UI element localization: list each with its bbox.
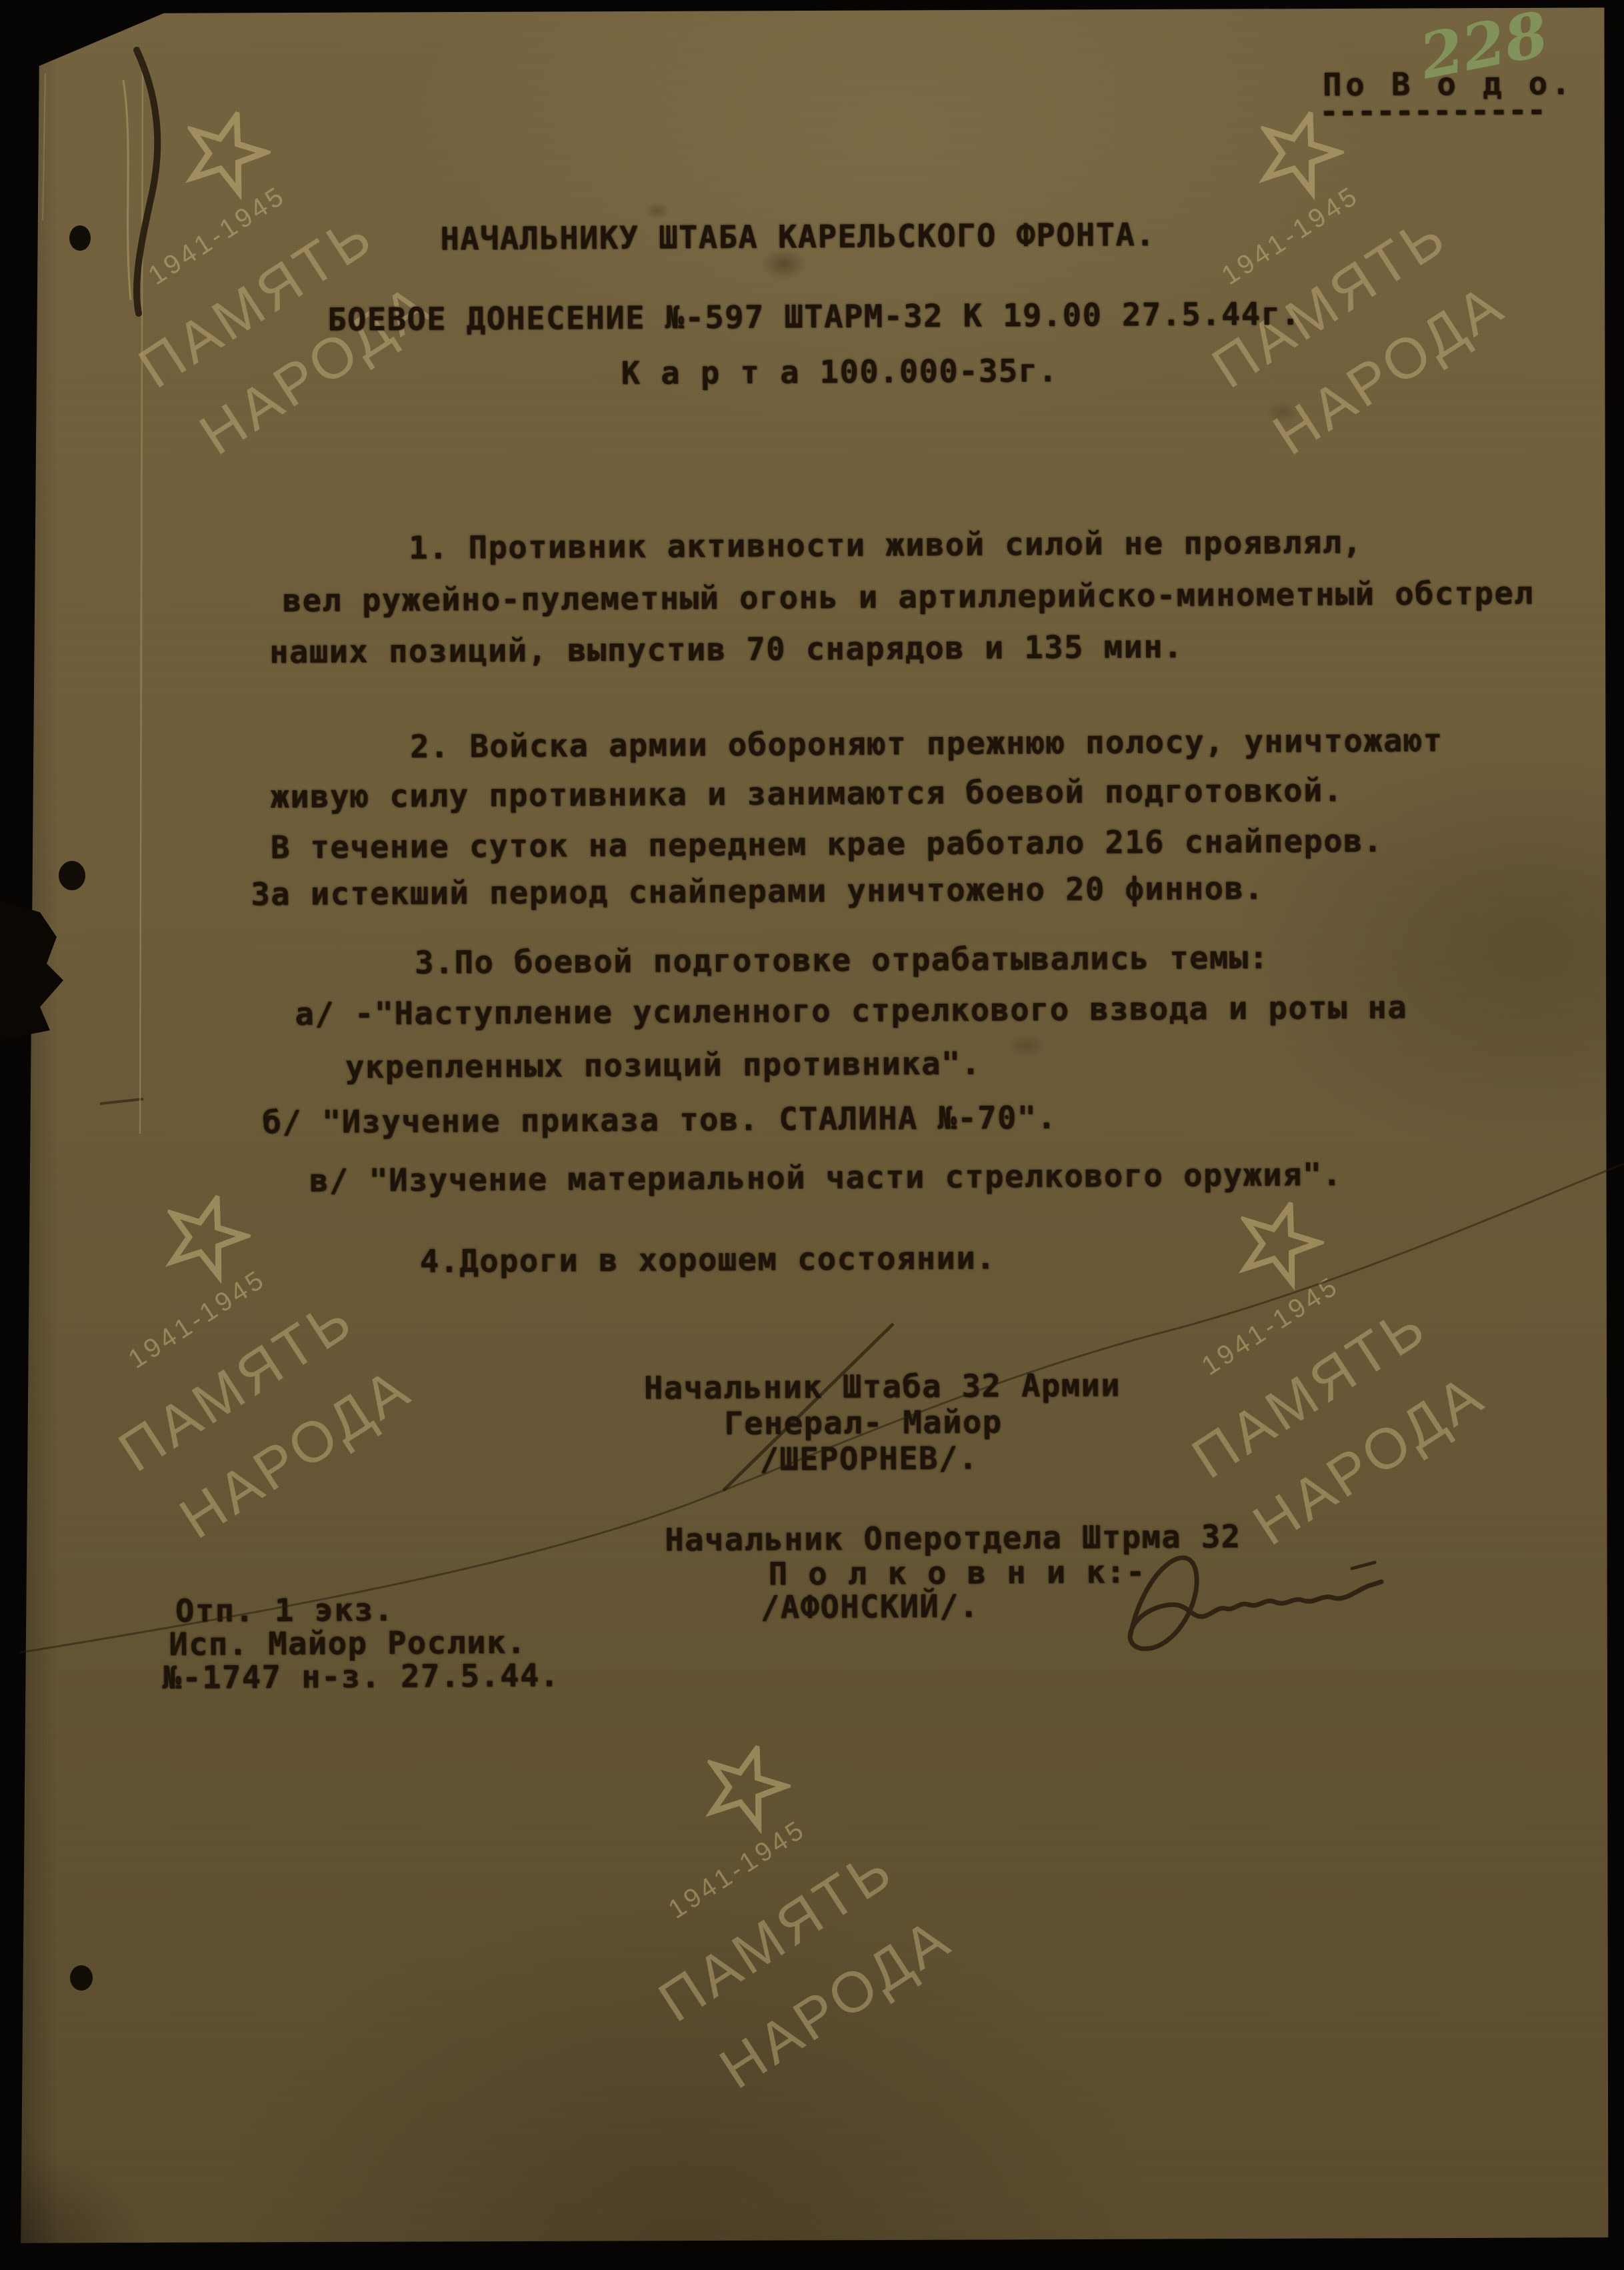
paragraph3-item-b: б/ "Изучение приказа тов. СТАЛИНА №-70". xyxy=(262,1100,1057,1141)
paragraph1-line3: наших позиций, выпустив 70 снарядов и 13… xyxy=(269,629,1183,671)
paragraph2-line2: живую силу противника и занимаются боево… xyxy=(270,772,1343,816)
paragraph2-line3: В течение суток на переднем крае работал… xyxy=(271,823,1383,866)
paragraph3-item-a-line1: а/ -"Наступление усиленного стрелкового … xyxy=(295,989,1407,1032)
document-scan-page: { "page_number": "228", "stamp": { "text… xyxy=(0,0,1624,2270)
subject-line-2: К а р т а 100.000-35г. xyxy=(621,353,1058,392)
address-line: НАЧАЛЬНИКУ ШТАБА КАРЕЛЬСКОГО ФРОНТА. xyxy=(440,217,1155,258)
signature1-rank: Генерал- Майор xyxy=(724,1404,1002,1442)
signature1-name: /ШЕРОРНЕВ/. xyxy=(759,1440,978,1478)
signature2-title: Начальник Оперотдела Штрма 32 xyxy=(665,1518,1241,1558)
paragraph3-item-v: в/ "Изучение материальной части стрелков… xyxy=(309,1156,1343,1199)
paragraph4-line: 4.Дороги в хорошем состоянии. xyxy=(420,1240,996,1280)
paragraph2-line1: 2. Войска армии обороняют прежнюю полосу… xyxy=(410,722,1443,765)
paragraph1-line2: вел ружейно-пулеметный огонь и артиллери… xyxy=(283,575,1534,619)
subject-line-1: БОЕВОЕ ДОНЕСЕНИЕ №-597 ШТАРМ-32 К 19.00 … xyxy=(327,295,1301,338)
signature2-name: /АФОНСКИЙ/. xyxy=(761,1588,979,1626)
paragraph2-line4: За истекший период снайперами уничтожено… xyxy=(251,870,1264,913)
signature1-title: Начальник Штаба 32 Армии xyxy=(644,1367,1121,1406)
paragraph1-line1: 1. Противник активности живой силой не п… xyxy=(409,524,1363,567)
stamp-underline: ------------ xyxy=(1319,92,1546,130)
footer-copies-line: Отп. 1 экз. xyxy=(175,1592,394,1630)
typed-content: По В о д о. ------------ НАЧАЛЬНИКУ ШТАБ… xyxy=(0,0,1624,2270)
footer-number-line: №-1747 н-з. 27.5.44. xyxy=(162,1657,559,1696)
paragraph3-item-a-line2: укрепленных позиций противника". xyxy=(345,1045,981,1086)
paragraph3-header: 3.По боевой подготовке отрабатывались те… xyxy=(415,940,1269,982)
signature2-rank: П о л к о в н и к:- xyxy=(768,1554,1145,1592)
